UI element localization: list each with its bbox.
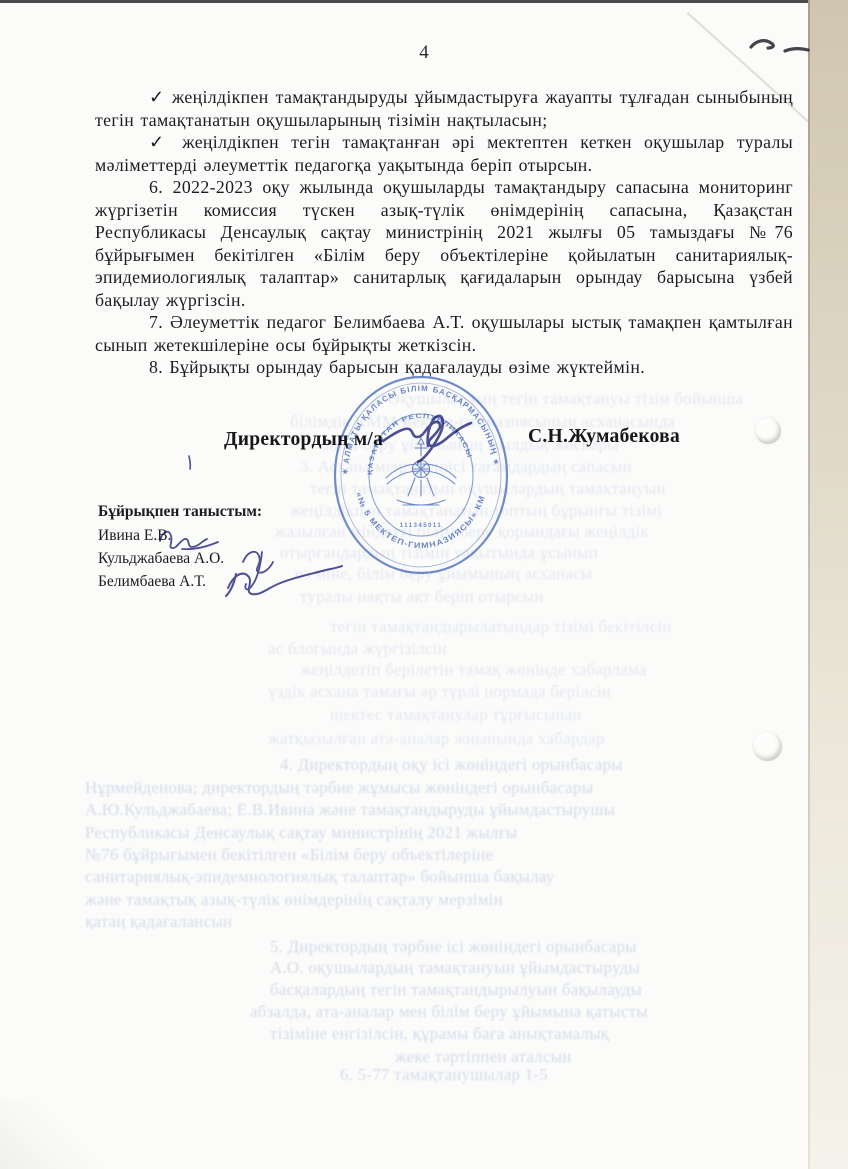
handwriting-layer bbox=[0, 0, 848, 1169]
ivina-signature bbox=[160, 532, 218, 549]
binder-hole-bottom bbox=[753, 732, 782, 761]
scanned-document-page: 2. Оқушылардың тегін тамақтануы тізім бо… bbox=[0, 0, 848, 1169]
pen-tick-mark bbox=[189, 456, 190, 469]
pen-marks-top-right bbox=[751, 41, 808, 51]
binder-hole-top bbox=[755, 418, 781, 444]
belimbaeva-signature bbox=[226, 566, 342, 596]
kuldzhabaeva-signature bbox=[243, 552, 273, 590]
director-signature bbox=[383, 416, 471, 462]
